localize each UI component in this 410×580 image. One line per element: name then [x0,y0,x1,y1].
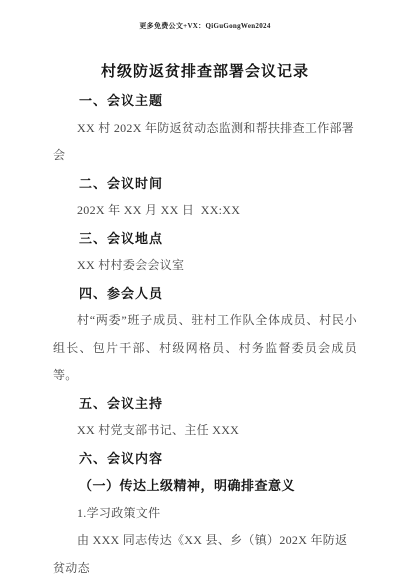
section-body-location: XX 村村委会会议室 [53,252,357,280]
promo-watermark-text: 更多免费公文+VX：QiGuGongWen2024 [0,21,410,31]
section-body-host: XX 村党支部书记、主任 XXX [53,417,357,445]
section-heading-content: 六、会议内容 [53,445,357,473]
section-heading-host: 五、会议主持 [53,390,357,418]
section-body-attendees: 村“两委”班子成员、驻村工作队全体成员、村民小组长、包片干部、村级网格员、村务监… [53,307,357,390]
subsection-item-study-policy: 1.学习政策文件 [53,500,357,528]
subsection-heading-convey-spirit: （一）传达上级精神，明确排查意义 [53,472,357,500]
page-title: 村级防返贫排查部署会议记录 [0,60,410,81]
section-body-time: 202X 年 XX 月 XX 日 XX:XX [53,197,357,225]
section-heading-topic: 一、会议主题 [53,87,357,115]
section-body-topic: XX 村 202X 年防返贫动态监测和帮扶排查工作部署会 [53,115,357,170]
document-page: 更多免费公文+VX：QiGuGongWen2024 村级防返贫排查部署会议记录 … [0,0,410,580]
subsection-item-convey-document: 由 XXX 同志传达《XX 县、乡（镇）202X 年防返贫动态 [53,527,357,580]
section-heading-time: 二、会议时间 [53,170,357,198]
section-heading-location: 三、会议地点 [53,225,357,253]
section-heading-attendees: 四、参会人员 [53,280,357,308]
document-body: 一、会议主题 XX 村 202X 年防返贫动态监测和帮扶排查工作部署会 二、会议… [53,87,357,580]
